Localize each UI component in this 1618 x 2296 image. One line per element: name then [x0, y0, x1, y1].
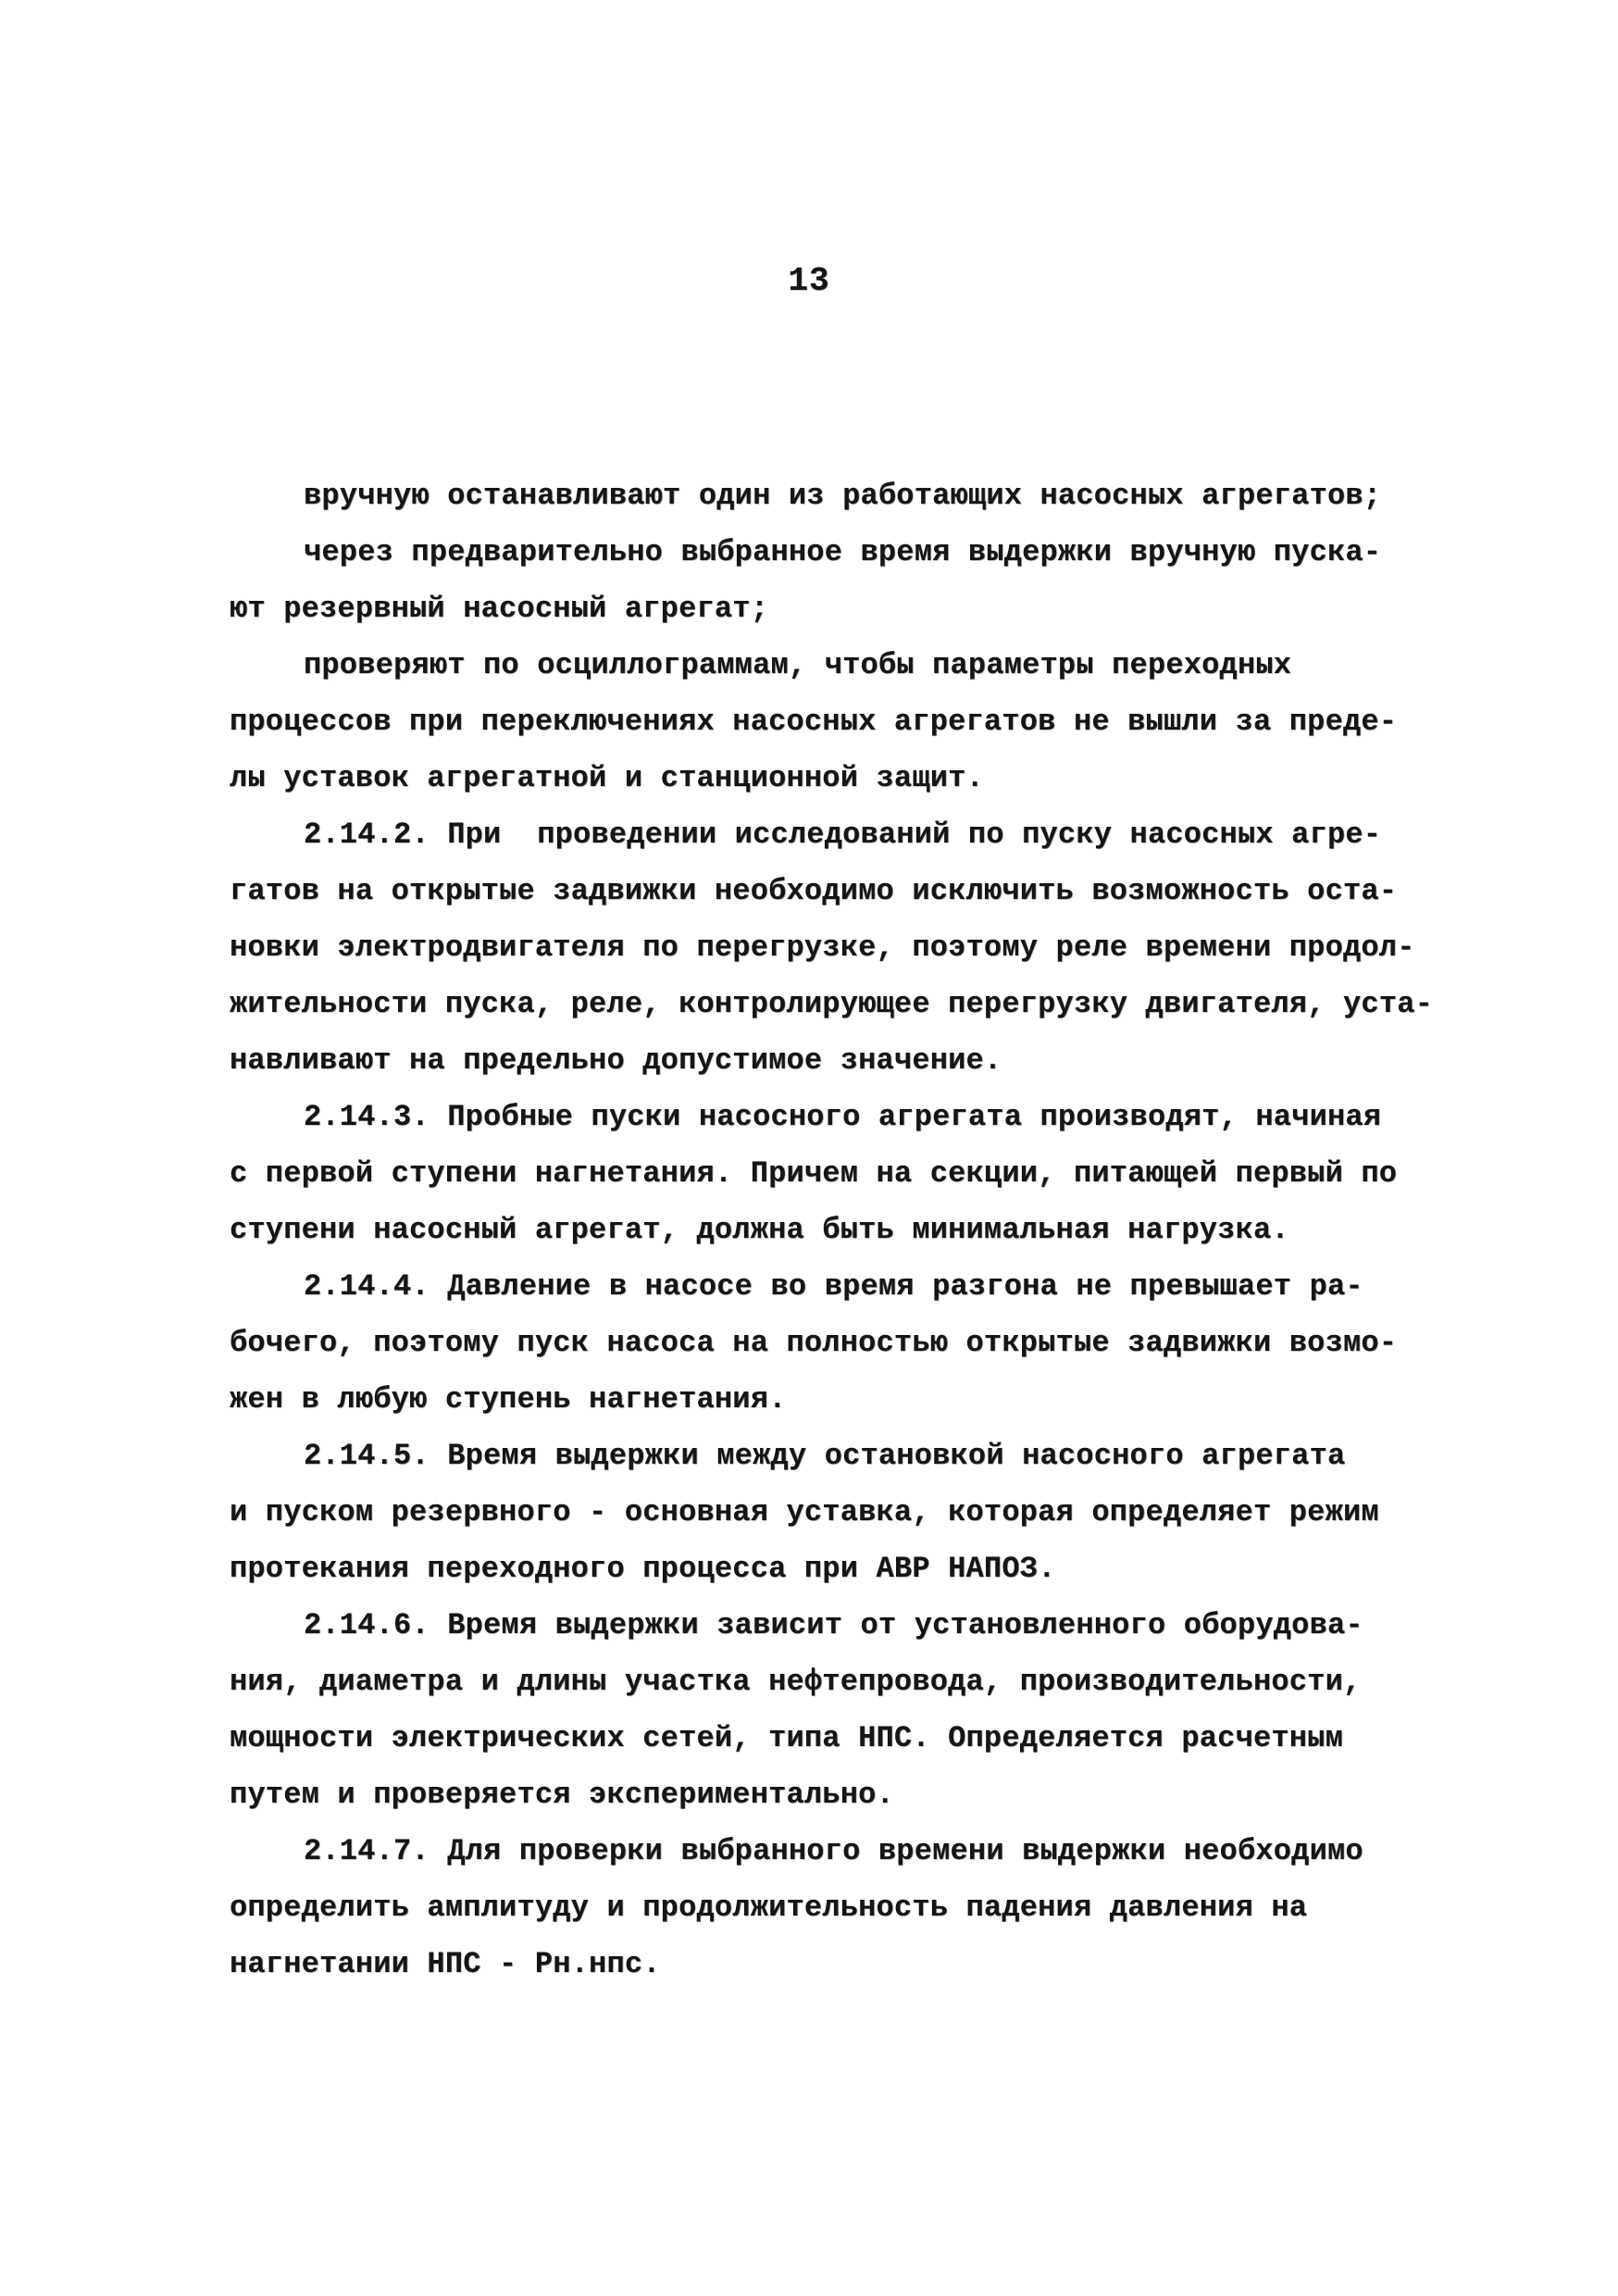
- document-body: вручную останавливают один из работающих…: [230, 468, 1451, 1992]
- scanned-page: 13 вручную останавливают один из работаю…: [0, 0, 1618, 2296]
- page-number: 13: [0, 262, 1618, 300]
- text-line: с первой ступени нагнетания. Причем на с…: [230, 1145, 1451, 1202]
- text-line: проверяют по осциллограммам, чтобы парам…: [230, 637, 1451, 693]
- text-line: бочего, поэтому пуск насоса на полностью…: [230, 1315, 1451, 1371]
- text-line: и пуском резервного - основная уставка, …: [230, 1484, 1451, 1541]
- text-line: мощности электрических сетей, типа НПС. …: [230, 1710, 1451, 1766]
- text-line: через предварительно выбранное время выд…: [230, 524, 1451, 580]
- text-line: протекания переходного процесса при АВР …: [230, 1541, 1451, 1597]
- text-line: жен в любую ступень нагнетания.: [230, 1371, 1451, 1428]
- text-line: 2.14.4. Давление в насосе во время разго…: [230, 1258, 1451, 1315]
- text-line: определить амплитуду и продолжительность…: [230, 1879, 1451, 1936]
- text-line: путем и проверяется экспериментально.: [230, 1766, 1451, 1823]
- text-line: 2.14.5. Время выдержки между остановкой …: [230, 1428, 1451, 1484]
- text-line: ния, диаметра и длины участка нефтепрово…: [230, 1653, 1451, 1710]
- text-line: ступени насосный агрегат, должна быть ми…: [230, 1202, 1451, 1258]
- text-line: нагнетании НПС - Рн.нпс.: [230, 1936, 1451, 1992]
- text-line: новки электродвигателя по перегрузке, по…: [230, 919, 1451, 976]
- text-line: жительности пуска, реле, контролирующее …: [230, 976, 1451, 1032]
- text-line: 2.14.2. При проведении исследований по п…: [230, 806, 1451, 863]
- text-line: 2.14.3. Пробные пуски насосного агрегата…: [230, 1089, 1451, 1145]
- text-line: 2.14.6. Время выдержки зависит от устано…: [230, 1597, 1451, 1653]
- text-line: навливают на предельно допустимое значен…: [230, 1032, 1451, 1089]
- text-line: лы уставок агрегатной и станционной защи…: [230, 750, 1451, 806]
- text-line: гатов на открытые задвижки необходимо ис…: [230, 863, 1451, 919]
- text-line: ют резервный насосный агрегат;: [230, 580, 1451, 637]
- text-line: процессов при переключениях насосных агр…: [230, 693, 1451, 750]
- text-line: вручную останавливают один из работающих…: [230, 468, 1451, 524]
- text-line: 2.14.7. Для проверки выбранного времени …: [230, 1823, 1451, 1879]
